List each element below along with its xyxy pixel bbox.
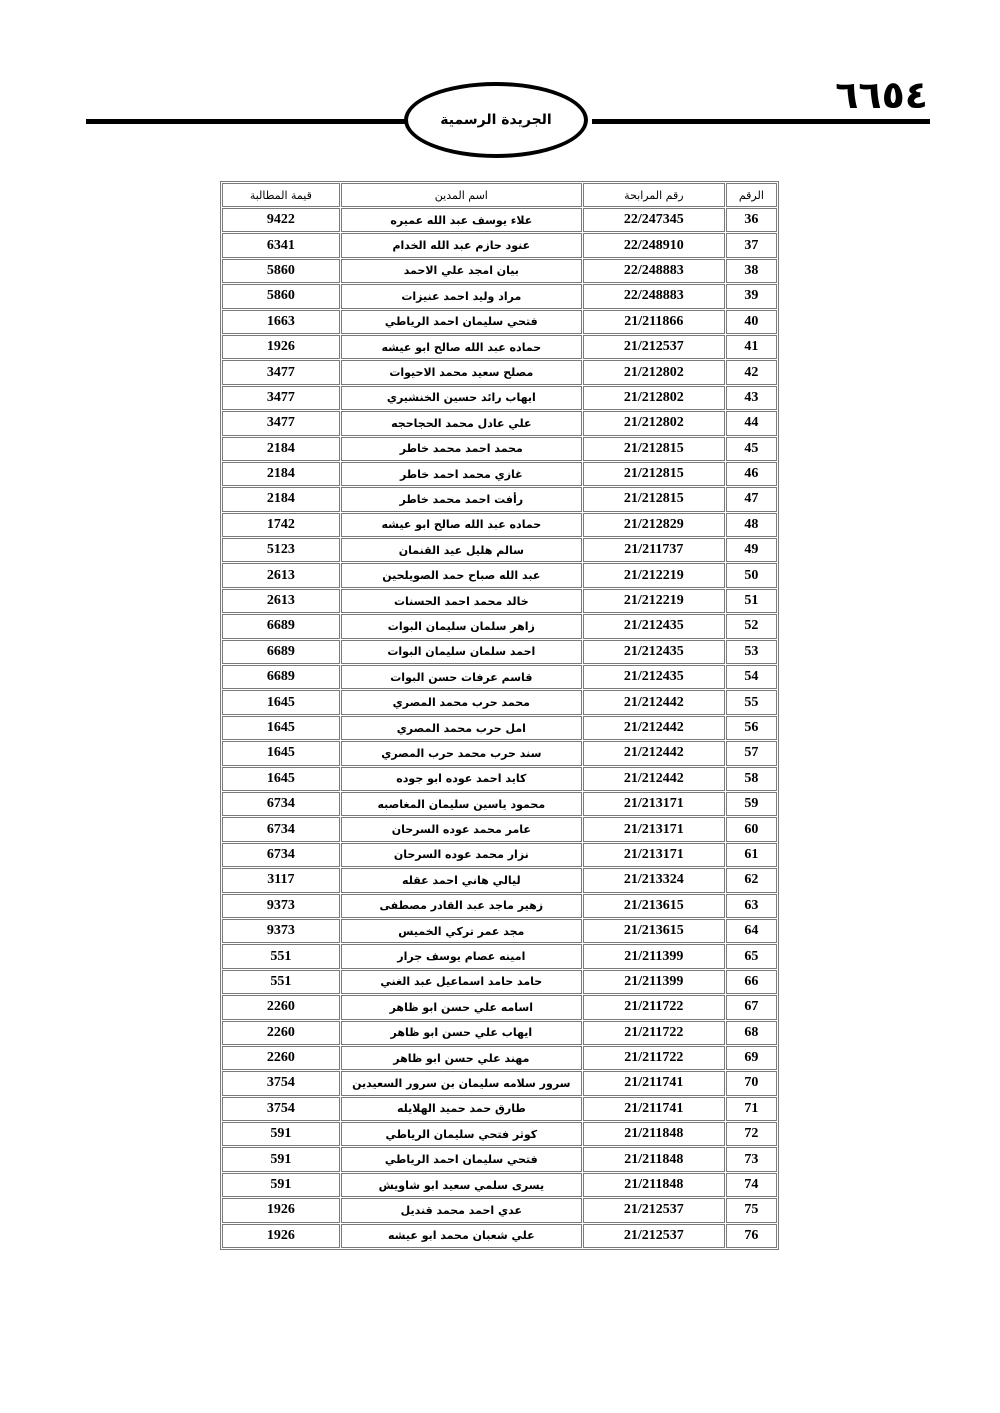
table-row: 5021/212219عبد الله صباح حمد الصويلحين26…	[222, 563, 777, 587]
cell-case-number: 21/212219	[583, 589, 725, 613]
cell-debtor-name: محمد حرب محمد المصري	[341, 690, 582, 714]
cell-case-number: 21/211848	[583, 1147, 725, 1171]
cell-number: 74	[726, 1173, 777, 1197]
cell-debtor-name: علي شعبان محمد ابو عيشه	[341, 1224, 582, 1248]
cell-debtor-name: زهير ماجد عبد القادر مصطفى	[341, 894, 582, 918]
table-row: 4421/212802علي عادل محمد الحجاحجه3477	[222, 411, 777, 435]
table-row: 6721/211722اسامه علي حسن ابو ظاهر2260	[222, 995, 777, 1019]
masthead-oval: الجريدة الرسمية	[404, 82, 588, 158]
cell-claim-value: 9373	[222, 894, 340, 918]
cell-case-number: 21/212802	[583, 360, 725, 384]
cell-debtor-name: محمد احمد محمد خاطر	[341, 437, 582, 461]
cell-claim-value: 9373	[222, 919, 340, 943]
cell-debtor-name: علي عادل محمد الحجاحجه	[341, 411, 582, 435]
cell-debtor-name: مصلح سعيد محمد الاحيوات	[341, 360, 582, 384]
cell-claim-value: 1645	[222, 716, 340, 740]
claims-table: الرقم رقم المرابحة اسم المدين قيمة المطا…	[220, 181, 779, 1250]
table-row: 7021/211741سرور سلامه سليمان بن سرور الس…	[222, 1071, 777, 1095]
table-row: 4021/211866فتحي سليمان احمد الرياطي1663	[222, 310, 777, 334]
cell-debtor-name: مهند علي حسن ابو ظاهر	[341, 1046, 582, 1070]
page-number: ٦٦٥٤	[835, 76, 928, 114]
cell-claim-value: 2260	[222, 1021, 340, 1045]
cell-number: 45	[726, 437, 777, 461]
cell-debtor-name: عدي احمد محمد قنديل	[341, 1198, 582, 1222]
table-row: 5321/212435احمد سلمان سليمان البوات6689	[222, 640, 777, 664]
cell-number: 56	[726, 716, 777, 740]
cell-number: 75	[726, 1198, 777, 1222]
claims-table-container: الرقم رقم المرابحة اسم المدين قيمة المطا…	[220, 181, 779, 1250]
table-row: 7321/211848فتحي سليمان احمد الرياطي591	[222, 1147, 777, 1171]
cell-number: 70	[726, 1071, 777, 1095]
cell-debtor-name: ليالي هاني احمد عقله	[341, 868, 582, 892]
table-row: 4321/212802ايهاب رائد حسين الخنشيري3477	[222, 386, 777, 410]
cell-claim-value: 3117	[222, 868, 340, 892]
table-row: 4921/211737سالم هليل عيد القنمان5123	[222, 538, 777, 562]
cell-case-number: 21/212442	[583, 767, 725, 791]
table-row: 6021/213171عامر محمد عوده السرحان6734	[222, 817, 777, 841]
cell-debtor-name: زاهر سلمان سليمان البوات	[341, 614, 582, 638]
cell-debtor-name: ايهاب علي حسن ابو ظاهر	[341, 1021, 582, 1045]
cell-debtor-name: عامر محمد عوده السرحان	[341, 817, 582, 841]
cell-case-number: 22/248883	[583, 284, 725, 308]
column-header-debtor-name: اسم المدين	[341, 183, 582, 207]
cell-number: 38	[726, 259, 777, 283]
cell-number: 50	[726, 563, 777, 587]
cell-number: 49	[726, 538, 777, 562]
cell-number: 65	[726, 944, 777, 968]
cell-debtor-name: سند حرب محمد حرب المصري	[341, 741, 582, 765]
table-row: 3822/248883بيان امجد علي الاحمد5860	[222, 259, 777, 283]
cell-claim-value: 1645	[222, 690, 340, 714]
cell-number: 44	[726, 411, 777, 435]
cell-debtor-name: امل حرب محمد المصري	[341, 716, 582, 740]
cell-claim-value: 1926	[222, 1198, 340, 1222]
cell-case-number: 21/211399	[583, 944, 725, 968]
table-row: 6421/213615مجد عمر تركي الخميس9373	[222, 919, 777, 943]
cell-case-number: 21/212802	[583, 411, 725, 435]
cell-number: 73	[726, 1147, 777, 1171]
cell-claim-value: 2184	[222, 487, 340, 511]
cell-debtor-name: بيان امجد علي الاحمد	[341, 259, 582, 283]
cell-debtor-name: مراد وليد احمد عنيزات	[341, 284, 582, 308]
cell-number: 37	[726, 233, 777, 257]
cell-case-number: 21/211848	[583, 1173, 725, 1197]
cell-case-number: 21/212537	[583, 1224, 725, 1248]
cell-claim-value: 3477	[222, 386, 340, 410]
cell-number: 40	[726, 310, 777, 334]
cell-debtor-name: محمود ياسين سليمان المغاصبه	[341, 792, 582, 816]
cell-number: 52	[726, 614, 777, 638]
cell-claim-value: 6689	[222, 640, 340, 664]
cell-debtor-name: علاء يوسف عبد الله عميره	[341, 208, 582, 232]
cell-number: 57	[726, 741, 777, 765]
cell-claim-value: 9422	[222, 208, 340, 232]
masthead-title: الجريدة الرسمية	[440, 112, 551, 128]
cell-debtor-name: مجد عمر تركي الخميس	[341, 919, 582, 943]
cell-debtor-name: كايد احمد عوده ابو جوده	[341, 767, 582, 791]
cell-number: 63	[726, 894, 777, 918]
cell-case-number: 21/213171	[583, 843, 725, 867]
cell-debtor-name: عبد الله صباح حمد الصويلحين	[341, 563, 582, 587]
table-header-row: الرقم رقم المرابحة اسم المدين قيمة المطا…	[222, 183, 777, 207]
cell-claim-value: 1663	[222, 310, 340, 334]
cell-case-number: 22/248883	[583, 259, 725, 283]
cell-debtor-name: ايهاب رائد حسين الخنشيري	[341, 386, 582, 410]
cell-case-number: 21/211737	[583, 538, 725, 562]
cell-claim-value: 3477	[222, 411, 340, 435]
table-row: 7421/211848يسرى سلمي سعيد ابو شاويش591	[222, 1173, 777, 1197]
table-body: 3622/247345علاء يوسف عبد الله عميره94223…	[222, 208, 777, 1248]
header-rule-right	[592, 119, 930, 124]
cell-case-number: 21/212442	[583, 690, 725, 714]
cell-case-number: 21/213615	[583, 919, 725, 943]
cell-claim-value: 551	[222, 970, 340, 994]
cell-number: 68	[726, 1021, 777, 1045]
table-row: 7121/211741طارق حمد حميد الهلايله3754	[222, 1097, 777, 1121]
cell-case-number: 21/212537	[583, 1198, 725, 1222]
cell-debtor-name: حماده عبد الله صالح ابو عيشه	[341, 335, 582, 359]
cell-case-number: 21/213324	[583, 868, 725, 892]
cell-number: 48	[726, 513, 777, 537]
cell-claim-value: 1645	[222, 741, 340, 765]
cell-debtor-name: غازي محمد احمد خاطر	[341, 462, 582, 486]
cell-debtor-name: حماده عبد الله صالح ابو عيشه	[341, 513, 582, 537]
table-row: 4521/212815محمد احمد محمد خاطر2184	[222, 437, 777, 461]
cell-debtor-name: كوثر فتحي سليمان الرياطي	[341, 1122, 582, 1146]
cell-case-number: 21/212219	[583, 563, 725, 587]
cell-claim-value: 1926	[222, 335, 340, 359]
cell-number: 58	[726, 767, 777, 791]
cell-debtor-name: امينه عصام يوسف جرار	[341, 944, 582, 968]
cell-case-number: 21/213615	[583, 894, 725, 918]
cell-case-number: 22/248910	[583, 233, 725, 257]
cell-debtor-name: نزار محمد عوده السرحان	[341, 843, 582, 867]
cell-number: 62	[726, 868, 777, 892]
cell-number: 54	[726, 665, 777, 689]
cell-claim-value: 5123	[222, 538, 340, 562]
table-row: 6521/211399امينه عصام يوسف جرار551	[222, 944, 777, 968]
table-row: 6821/211722ايهاب علي حسن ابو ظاهر2260	[222, 1021, 777, 1045]
cell-number: 53	[726, 640, 777, 664]
column-header-claim-value: قيمة المطالبة	[222, 183, 340, 207]
cell-number: 67	[726, 995, 777, 1019]
cell-claim-value: 3477	[222, 360, 340, 384]
cell-number: 55	[726, 690, 777, 714]
cell-claim-value: 2184	[222, 462, 340, 486]
cell-debtor-name: فتحي سليمان احمد الرياطي	[341, 1147, 582, 1171]
table-row: 7521/212537عدي احمد محمد قنديل1926	[222, 1198, 777, 1222]
cell-number: 36	[726, 208, 777, 232]
cell-number: 60	[726, 817, 777, 841]
header-rule-left	[86, 119, 406, 124]
cell-case-number: 21/212815	[583, 487, 725, 511]
table-row: 5621/212442امل حرب محمد المصري1645	[222, 716, 777, 740]
table-row: 3622/247345علاء يوسف عبد الله عميره9422	[222, 208, 777, 232]
cell-claim-value: 5860	[222, 259, 340, 283]
cell-number: 51	[726, 589, 777, 613]
table-row: 3922/248883مراد وليد احمد عنيزات5860	[222, 284, 777, 308]
cell-case-number: 21/211399	[583, 970, 725, 994]
cell-case-number: 21/211741	[583, 1071, 725, 1095]
table-row: 7621/212537علي شعبان محمد ابو عيشه1926	[222, 1224, 777, 1248]
cell-claim-value: 6734	[222, 792, 340, 816]
cell-debtor-name: خالد محمد احمد الحسنات	[341, 589, 582, 613]
table-row: 5721/212442سند حرب محمد حرب المصري1645	[222, 741, 777, 765]
cell-number: 39	[726, 284, 777, 308]
cell-case-number: 21/212435	[583, 640, 725, 664]
cell-case-number: 21/212815	[583, 462, 725, 486]
cell-case-number: 21/212442	[583, 716, 725, 740]
cell-claim-value: 2260	[222, 995, 340, 1019]
cell-claim-value: 1645	[222, 767, 340, 791]
cell-claim-value: 591	[222, 1173, 340, 1197]
cell-number: 59	[726, 792, 777, 816]
cell-claim-value: 6734	[222, 817, 340, 841]
cell-case-number: 21/212815	[583, 437, 725, 461]
table-row: 4121/212537حماده عبد الله صالح ابو عيشه1…	[222, 335, 777, 359]
table-row: 4721/212815رأفت احمد محمد خاطر2184	[222, 487, 777, 511]
cell-debtor-name: سالم هليل عيد القنمان	[341, 538, 582, 562]
cell-number: 61	[726, 843, 777, 867]
cell-number: 69	[726, 1046, 777, 1070]
cell-debtor-name: فتحي سليمان احمد الرياطي	[341, 310, 582, 334]
table-row: 5821/212442كايد احمد عوده ابو جوده1645	[222, 767, 777, 791]
cell-debtor-name: احمد سلمان سليمان البوات	[341, 640, 582, 664]
cell-claim-value: 2613	[222, 563, 340, 587]
table-row: 3722/248910عنود حازم عبد الله الخدام6341	[222, 233, 777, 257]
cell-number: 71	[726, 1097, 777, 1121]
cell-case-number: 21/212537	[583, 335, 725, 359]
cell-claim-value: 5860	[222, 284, 340, 308]
table-row: 6321/213615زهير ماجد عبد القادر مصطفى937…	[222, 894, 777, 918]
cell-claim-value: 3754	[222, 1071, 340, 1095]
cell-debtor-name: رأفت احمد محمد خاطر	[341, 487, 582, 511]
cell-claim-value: 6341	[222, 233, 340, 257]
cell-case-number: 21/211722	[583, 1021, 725, 1045]
table-row: 6621/211399حامد حامد اسماعيل عبد الغني55…	[222, 970, 777, 994]
cell-claim-value: 6689	[222, 614, 340, 638]
table-row: 5221/212435زاهر سلمان سليمان البوات6689	[222, 614, 777, 638]
cell-debtor-name: سرور سلامه سليمان بن سرور السعيدين	[341, 1071, 582, 1095]
cell-number: 66	[726, 970, 777, 994]
cell-claim-value: 2260	[222, 1046, 340, 1070]
cell-debtor-name: حامد حامد اسماعيل عبد الغني	[341, 970, 582, 994]
table-row: 5421/212435قاسم عرفات حسن البوات6689	[222, 665, 777, 689]
table-row: 4821/212829حماده عبد الله صالح ابو عيشه1…	[222, 513, 777, 537]
table-row: 6121/213171نزار محمد عوده السرحان6734	[222, 843, 777, 867]
table-row: 4221/212802مصلح سعيد محمد الاحيوات3477	[222, 360, 777, 384]
table-row: 5921/213171محمود ياسين سليمان المغاصبه67…	[222, 792, 777, 816]
cell-claim-value: 6734	[222, 843, 340, 867]
cell-claim-value: 6689	[222, 665, 340, 689]
cell-case-number: 21/211848	[583, 1122, 725, 1146]
cell-debtor-name: قاسم عرفات حسن البوات	[341, 665, 582, 689]
cell-number: 41	[726, 335, 777, 359]
cell-case-number: 21/212435	[583, 665, 725, 689]
cell-case-number: 21/212829	[583, 513, 725, 537]
cell-number: 47	[726, 487, 777, 511]
table-row: 5521/212442محمد حرب محمد المصري1645	[222, 690, 777, 714]
cell-number: 72	[726, 1122, 777, 1146]
column-header-case-number: رقم المرابحة	[583, 183, 725, 207]
cell-case-number: 21/212802	[583, 386, 725, 410]
cell-case-number: 21/211741	[583, 1097, 725, 1121]
cell-claim-value: 1926	[222, 1224, 340, 1248]
cell-number: 46	[726, 462, 777, 486]
table-row: 6221/213324ليالي هاني احمد عقله3117	[222, 868, 777, 892]
cell-debtor-name: طارق حمد حميد الهلايله	[341, 1097, 582, 1121]
cell-case-number: 21/212442	[583, 741, 725, 765]
cell-number: 43	[726, 386, 777, 410]
cell-claim-value: 591	[222, 1122, 340, 1146]
cell-number: 64	[726, 919, 777, 943]
cell-number: 42	[726, 360, 777, 384]
cell-claim-value: 2613	[222, 589, 340, 613]
cell-debtor-name: اسامه علي حسن ابو ظاهر	[341, 995, 582, 1019]
cell-debtor-name: يسرى سلمي سعيد ابو شاويش	[341, 1173, 582, 1197]
cell-case-number: 21/211722	[583, 1046, 725, 1070]
table-row: 5121/212219خالد محمد احمد الحسنات2613	[222, 589, 777, 613]
table-row: 6921/211722مهند علي حسن ابو ظاهر2260	[222, 1046, 777, 1070]
table-row: 7221/211848كوثر فتحي سليمان الرياطي591	[222, 1122, 777, 1146]
cell-case-number: 21/211722	[583, 995, 725, 1019]
cell-claim-value: 1742	[222, 513, 340, 537]
cell-debtor-name: عنود حازم عبد الله الخدام	[341, 233, 582, 257]
table-row: 4621/212815غازي محمد احمد خاطر2184	[222, 462, 777, 486]
cell-claim-value: 2184	[222, 437, 340, 461]
cell-case-number: 21/212435	[583, 614, 725, 638]
cell-case-number: 21/213171	[583, 817, 725, 841]
cell-number: 76	[726, 1224, 777, 1248]
cell-case-number: 21/213171	[583, 792, 725, 816]
cell-claim-value: 551	[222, 944, 340, 968]
cell-case-number: 21/211866	[583, 310, 725, 334]
cell-claim-value: 3754	[222, 1097, 340, 1121]
cell-claim-value: 591	[222, 1147, 340, 1171]
cell-case-number: 22/247345	[583, 208, 725, 232]
column-header-number: الرقم	[726, 183, 777, 207]
